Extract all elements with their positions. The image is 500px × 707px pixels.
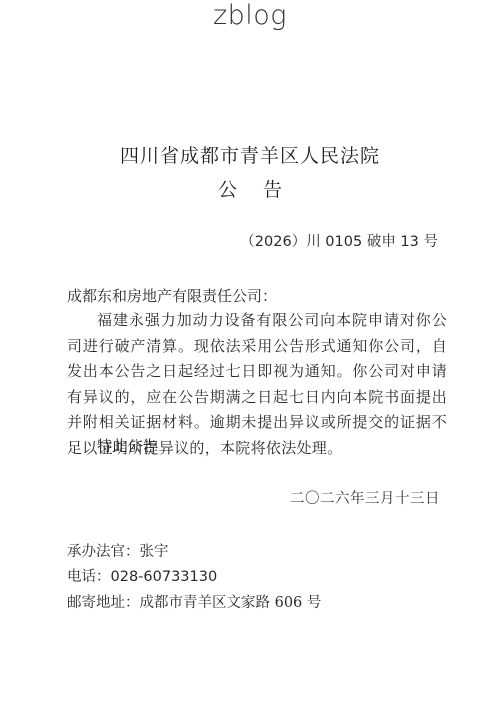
doc-type-char-1: 公	[218, 179, 237, 201]
phone-label: 电话：	[67, 569, 111, 585]
mailing-address: 成都市青羊区文家路 606 号	[140, 595, 322, 611]
document-type-heading: 公告	[0, 177, 500, 203]
judge-name: 张宇	[140, 544, 169, 560]
judge-label: 承办法官：	[67, 544, 140, 560]
address-line: 邮寄地址：成都市青羊区文家路 606 号	[67, 592, 321, 614]
phone-line: 电话：028-60733130	[67, 566, 217, 588]
judge-line: 承办法官：张宇	[67, 541, 169, 563]
doc-type-char-2: 告	[263, 179, 282, 201]
watermark-logo: zblog	[0, 0, 500, 32]
issue-date: 二〇二六年三月十三日	[290, 488, 440, 510]
address-label: 邮寄地址：	[67, 595, 140, 611]
case-number: （2026）川 0105 破申 13 号	[240, 232, 438, 252]
court-name-heading: 四川省成都市青羊区人民法院	[0, 143, 500, 169]
phone-number: 028-60733130	[111, 569, 218, 585]
closing-statement: 特此公告	[97, 434, 157, 458]
addressee: 成都东和房地产有限责任公司：	[67, 284, 447, 308]
